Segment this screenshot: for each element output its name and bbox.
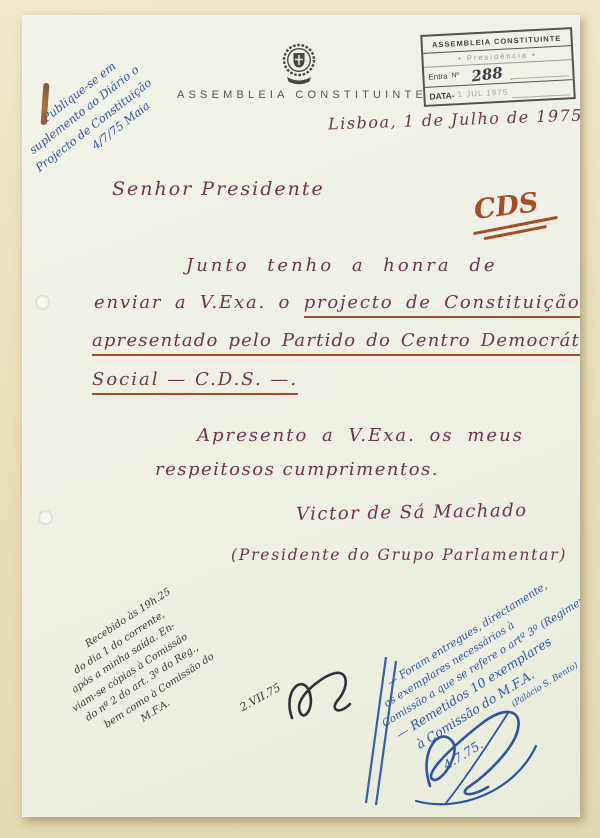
body-line-2-underlined: projecto de Constituição xyxy=(304,292,580,318)
entry-stamp: ASSEMBLEIA CONSTITUINTE • Presidência • … xyxy=(420,27,576,107)
hole-punch xyxy=(35,295,50,310)
stamp-date-value: 1 JUL 1975 xyxy=(457,88,508,100)
body-line-4-text: Social — C.D.S. —. xyxy=(92,369,298,395)
letterhead-title: ASSEMBLEIA CONSTITUINTE xyxy=(162,89,442,101)
scanned-document-background: ASSEMBLEIA CONSTITUINTE ASSEMBLEIA CONST… xyxy=(0,0,600,838)
stamp-entry-label: Entra xyxy=(428,72,448,82)
closing-line-1: Apresento a V.Exa. os meus xyxy=(197,425,524,446)
received-note-date: 2.VII.75 xyxy=(238,681,283,714)
body-line-3: apresentado pelo Partido do Centro Democ… xyxy=(92,330,580,351)
signature-victor-de-sa-machado: Victor de Sá Machado xyxy=(296,500,528,525)
stamp-entry-number: 288 xyxy=(470,63,503,85)
body-line-1: Junto tenho a honra de xyxy=(186,255,498,276)
marginal-note-publish-order: Publique-se em suplemento ao Diário o Pr… xyxy=(22,15,229,190)
closing-line-2: respeitosos cumprimentos. xyxy=(155,459,439,480)
signature-title: (Presidente do Grupo Parlamentar) xyxy=(231,546,567,564)
stamp-date-label: DATA- xyxy=(429,90,455,101)
stamp-dotted-line xyxy=(512,83,570,98)
body-line-2: enviar a V.Exa. o projecto de Constituiç… xyxy=(94,292,580,313)
body-line-3-text: apresentado pelo Partido do Centro Democ… xyxy=(92,330,580,356)
body-line-4: Social — C.D.S. —. xyxy=(92,369,298,390)
body-line-2-plain: enviar a V.Exa. o xyxy=(94,292,304,313)
signature-flourish-icon xyxy=(410,691,545,813)
stamp-entry-no-label: Nº xyxy=(451,72,459,79)
hole-punch xyxy=(38,510,53,525)
coat-of-arms-icon xyxy=(278,39,320,91)
letter-page: ASSEMBLEIA CONSTITUINTE ASSEMBLEIA CONST… xyxy=(22,15,580,817)
stamp-dotted-line xyxy=(510,64,568,79)
letter-dateline: Lisboa, 1 de Julho de 1975 xyxy=(328,106,580,134)
received-note: Recebido às 19h.25 do dia 1 do corrente,… xyxy=(40,545,285,757)
initials-paraph-icon xyxy=(280,660,368,738)
party-mark-cds: CDS xyxy=(472,187,540,226)
letter-salutation: Senhor Presidente xyxy=(112,178,325,200)
